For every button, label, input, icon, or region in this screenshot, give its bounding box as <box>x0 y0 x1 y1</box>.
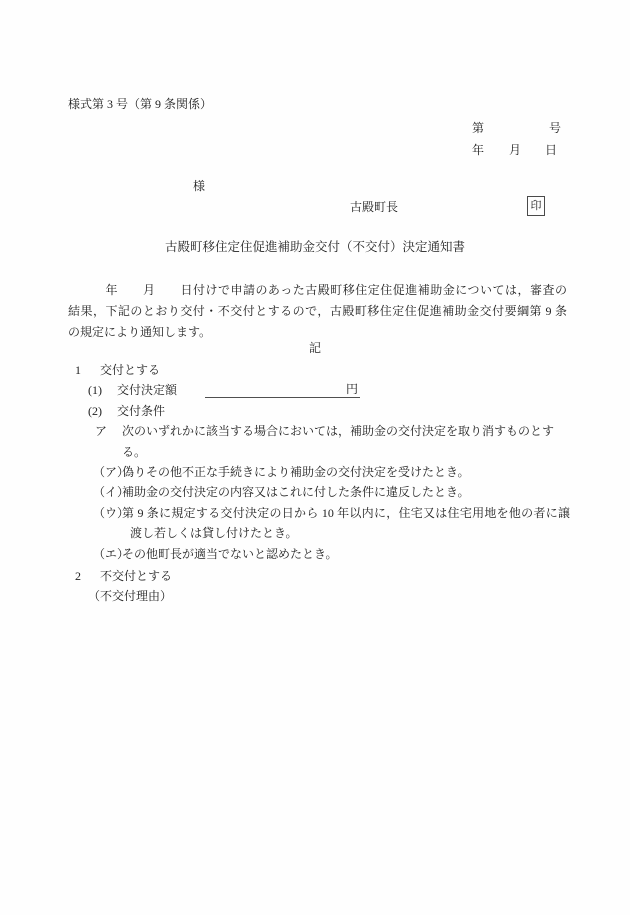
grant-conditions-row: (2) 交付条件 <box>68 401 570 421</box>
section-2-heading: 2 不交付とする <box>68 566 570 586</box>
amount-unit: 円 <box>346 381 358 397</box>
subclause-2-text: 補助金の交付決定の内容又はこれに付した条件に違反したとき。 <box>130 482 570 502</box>
body-paragraph: 年 月 日付けで申請のあった古殿町移住定住促進補助金については，審査の 結果，下… <box>68 280 567 342</box>
body-line-1: 年 月 日付けで申請のあった古殿町移住定住促進補助金については，審査の <box>68 280 567 301</box>
record-marker: 記 <box>0 338 630 359</box>
non-grant-reason-label: （不交付理由） <box>68 586 570 606</box>
section-1-title: 交付とする <box>100 360 160 380</box>
amount-blank-field: 円 <box>205 381 360 398</box>
section-2: 2 不交付とする （不交付理由） <box>68 566 570 607</box>
clause-a-label: ア <box>95 421 122 462</box>
grant-amount-row: (1) 交付決定額 円 <box>68 380 570 400</box>
doc-number-prefix: 第 <box>472 118 484 138</box>
section-2-title: 不交付とする <box>100 566 172 586</box>
subclause-1-line: 偽りその他不正な手続きにより補助金の交付決定を受けたとき。 <box>130 462 570 482</box>
clause-a-text: 次のいずれかに該当する場合においては，補助金の交付決定を取り消すものとする。 <box>122 421 570 462</box>
date-month-label: 月 <box>509 140 521 160</box>
subclause-3-line-1: 第 9 条に規定する交付決定の日から 10 年以内に，住宅又は住宅用地を他の者に… <box>130 503 570 523</box>
subclause-row-3: （ウ） 第 9 条に規定する交付決定の日から 10 年以内に，住宅又は住宅用地を… <box>68 503 570 544</box>
subclause-row-1: （ア） 偽りその他不正な手続きにより補助金の交付決定を受けたとき。 <box>68 462 570 482</box>
seal-box: 印 <box>527 196 545 216</box>
subclause-row-2: （イ） 補助金の交付決定の内容又はこれに付した条件に違反したとき。 <box>68 482 570 502</box>
subclause-2-line: 補助金の交付決定の内容又はこれに付した条件に違反したとき。 <box>130 482 570 502</box>
item-2-label: (2) <box>88 401 117 421</box>
body-line-2: 結果，下記のとおり交付・不交付とするので，古殿町移住定住促進補助金交付要綱第 9… <box>68 301 567 322</box>
date-year-label: 年 <box>472 140 484 160</box>
section-1-number: 1 <box>75 360 100 380</box>
doc-number-suffix: 号 <box>549 118 561 138</box>
grant-conditions-caption: 交付条件 <box>117 401 165 421</box>
section-1-heading: 1 交付とする <box>68 360 570 380</box>
clause-a-row: ア 次のいずれかに該当する場合においては，補助金の交付決定を取り消すものとする。 <box>68 421 570 462</box>
subclause-3-text: 第 9 条に規定する交付決定の日から 10 年以内に，住宅又は住宅用地を他の者に… <box>130 503 570 544</box>
document-title: 古殿町移住定住促進補助金交付（不交付）決定通知書 <box>0 237 630 257</box>
reason-label-text: （不交付理由） <box>88 586 172 606</box>
grant-amount-caption: 交付決定額 <box>117 380 177 400</box>
sender-title: 古殿町長 <box>350 197 398 217</box>
date-day-label: 日 <box>545 140 557 160</box>
notice-document-page: 様式第 3 号（第 9 条関係） 第 号 年 月 日 様 古殿町長 印 古殿町移… <box>0 0 630 915</box>
item-1-label: (1) <box>88 380 117 400</box>
addressee-honorific: 様 <box>193 176 205 196</box>
subclause-row-4: （エ） その他町長が適当でないと認めたとき。 <box>68 544 570 564</box>
section-1: 1 交付とする (1) 交付決定額 円 (2) 交付条件 ア 次のいずれかに該当… <box>68 360 570 564</box>
subclause-4-text: その他町長が適当でないと認めたとき。 <box>130 544 570 564</box>
subclause-4-line: その他町長が適当でないと認めたとき。 <box>130 544 570 564</box>
section-2-number: 2 <box>75 566 100 586</box>
subclause-3-line-2: 渡し若しくは貸し付けたとき。 <box>130 523 570 543</box>
form-number-label: 様式第 3 号（第 9 条関係） <box>68 94 212 114</box>
subclause-1-text: 偽りその他不正な手続きにより補助金の交付決定を受けたとき。 <box>130 462 570 482</box>
